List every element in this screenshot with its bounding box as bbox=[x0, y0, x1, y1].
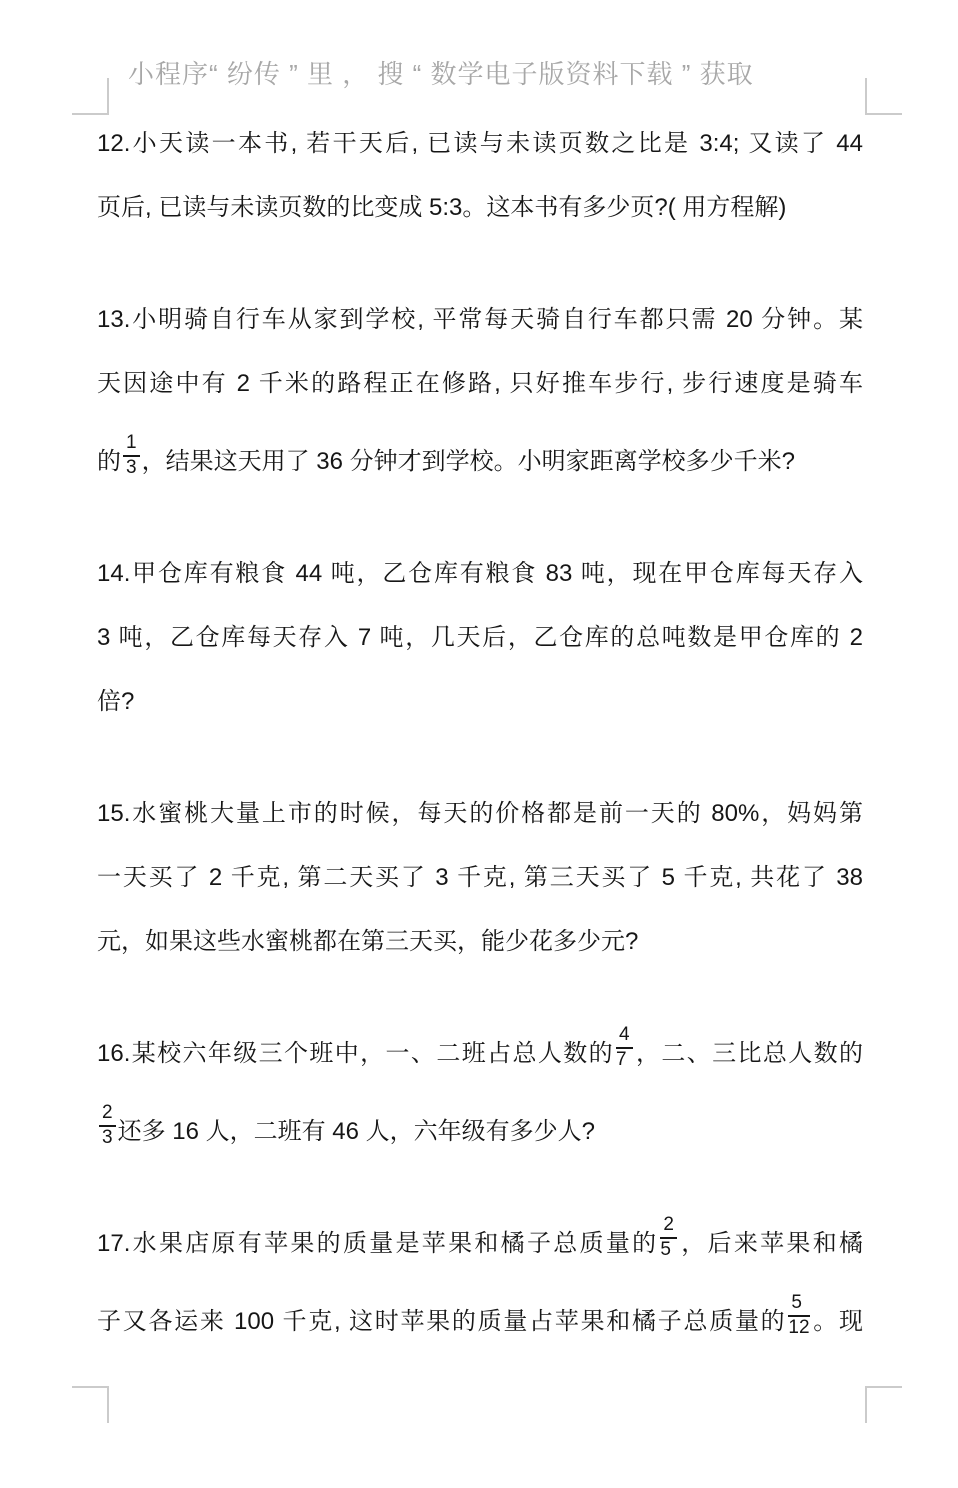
fraction-denominator: 7 bbox=[616, 1049, 633, 1071]
text-run: 12.小天读一本书, 若干天后, 已读与未读页数之比是 3:4; 又读了 44 bbox=[97, 130, 863, 157]
text-run: 天因途中有 2 千米的路程正在修路, 只好推车步行, 步行速度是骑车 bbox=[97, 370, 863, 397]
problem-line: 子又各运来 100 千克, 这时苹果的质量占苹果和橘子总质量的512。现 bbox=[97, 1290, 863, 1354]
fraction: 13 bbox=[121, 433, 142, 478]
problem-15: 15.水蜜桃大量上市的时候，每天的价格都是前一天的 80%，妈妈第一天买了 2 … bbox=[97, 782, 863, 974]
fraction-numerator: 5 bbox=[788, 1293, 809, 1317]
fraction: 25 bbox=[658, 1215, 679, 1260]
fraction-numerator: 2 bbox=[660, 1215, 677, 1239]
problem-16: 16.某校六年级三个班中，一、二班占总人数的47，二、三比总人数的23还多 16… bbox=[97, 1022, 863, 1164]
crop-mark-top-left bbox=[72, 78, 109, 115]
fraction-denominator: 12 bbox=[788, 1317, 809, 1339]
text-run: 子又各运来 100 千克, 这时苹果的质量占苹果和橘子总质量的 bbox=[97, 1308, 786, 1335]
fraction-denominator: 3 bbox=[123, 457, 140, 479]
text-run: 。现 bbox=[812, 1308, 863, 1335]
problem-line: 14.甲仓库有粮食 44 吨，乙仓库有粮食 83 吨，现在甲仓库每天存入 bbox=[97, 542, 863, 606]
problem-line: 16.某校六年级三个班中，一、二班占总人数的47，二、三比总人数的 bbox=[97, 1022, 863, 1086]
fraction-denominator: 3 bbox=[99, 1127, 116, 1149]
problem-line: 页后, 已读与未读页数的比变成 5:3。这本书有多少页?( 用方程解) bbox=[97, 176, 863, 240]
text-run: 倍? bbox=[97, 688, 134, 715]
text-run: ，后来苹果和橘 bbox=[679, 1230, 863, 1257]
fraction: 47 bbox=[614, 1025, 635, 1070]
fraction-numerator: 2 bbox=[99, 1103, 116, 1127]
text-run: 页后, 已读与未读页数的比变成 5:3。这本书有多少页?( 用方程解) bbox=[97, 194, 786, 221]
text-run: 13.小明骑自行车从家到学校, 平常每天骑自行车都只需 20 分钟。某 bbox=[97, 306, 863, 333]
text-run: 一天买了 2 千克, 第二天买了 3 千克, 第三天买了 5 千克, 共花了 3… bbox=[97, 864, 863, 891]
problem-13: 13.小明骑自行车从家到学校, 平常每天骑自行车都只需 20 分钟。某天因途中有… bbox=[97, 288, 863, 494]
worksheet-page: 小程序“ 纷传 ” 里 ， 搜 “ 数学电子版资料下载 ” 获取 12.小天读一… bbox=[0, 0, 958, 1488]
fraction: 23 bbox=[97, 1103, 118, 1148]
header-note: 小程序“ 纷传 ” 里 ， 搜 “ 数学电子版资料下载 ” 获取 bbox=[128, 54, 754, 91]
text-run: 的 bbox=[97, 448, 121, 475]
text-run: ，二、三比总人数的 bbox=[635, 1040, 863, 1067]
fraction-denominator: 5 bbox=[660, 1239, 677, 1261]
text-run: ，结果这天用了 36 分钟才到学校。小明家距离学校多少千米? bbox=[142, 448, 795, 475]
text-run: 还多 16 人，二班有 46 人，六年级有多少人? bbox=[118, 1118, 595, 1145]
crop-mark-bottom-left bbox=[72, 1386, 109, 1423]
fraction: 512 bbox=[786, 1293, 811, 1338]
problem-line: 的13，结果这天用了 36 分钟才到学校。小明家距离学校多少千米? bbox=[97, 430, 863, 494]
problem-line: 3 吨，乙仓库每天存入 7 吨，几天后，乙仓库的总吨数是甲仓库的 2 bbox=[97, 606, 863, 670]
problem-17: 17.水果店原有苹果的质量是苹果和橘子总质量的25，后来苹果和橘子又各运来 10… bbox=[97, 1212, 863, 1354]
fraction-numerator: 1 bbox=[123, 433, 140, 457]
problem-line: 23还多 16 人，二班有 46 人，六年级有多少人? bbox=[97, 1100, 863, 1164]
text-run: 17.水果店原有苹果的质量是苹果和橘子总质量的 bbox=[97, 1230, 658, 1257]
problem-line: 倍? bbox=[97, 670, 863, 734]
problem-line: 元，如果这些水蜜桃都在第三天买，能少花多少元? bbox=[97, 910, 863, 974]
problem-14: 14.甲仓库有粮食 44 吨，乙仓库有粮食 83 吨，现在甲仓库每天存入3 吨，… bbox=[97, 542, 863, 734]
problem-line: 天因途中有 2 千米的路程正在修路, 只好推车步行, 步行速度是骑车 bbox=[97, 352, 863, 416]
crop-mark-bottom-right bbox=[865, 1386, 902, 1423]
problem-line: 13.小明骑自行车从家到学校, 平常每天骑自行车都只需 20 分钟。某 bbox=[97, 288, 863, 352]
text-run: 3 吨，乙仓库每天存入 7 吨，几天后，乙仓库的总吨数是甲仓库的 2 bbox=[97, 624, 863, 651]
crop-mark-top-right bbox=[865, 78, 902, 115]
problem-12: 12.小天读一本书, 若干天后, 已读与未读页数之比是 3:4; 又读了 44页… bbox=[97, 112, 863, 240]
text-run: 15.水蜜桃大量上市的时候，每天的价格都是前一天的 80%，妈妈第 bbox=[97, 800, 863, 827]
text-run: 16.某校六年级三个班中，一、二班占总人数的 bbox=[97, 1040, 614, 1067]
text-run: 14.甲仓库有粮食 44 吨，乙仓库有粮食 83 吨，现在甲仓库每天存入 bbox=[97, 560, 863, 587]
problem-line: 17.水果店原有苹果的质量是苹果和橘子总质量的25，后来苹果和橘 bbox=[97, 1212, 863, 1276]
problems: 12.小天读一本书, 若干天后, 已读与未读页数之比是 3:4; 又读了 44页… bbox=[97, 112, 863, 1354]
problem-line: 15.水蜜桃大量上市的时候，每天的价格都是前一天的 80%，妈妈第 bbox=[97, 782, 863, 846]
text-run: 元，如果这些水蜜桃都在第三天买，能少花多少元? bbox=[97, 928, 638, 955]
problem-line: 12.小天读一本书, 若干天后, 已读与未读页数之比是 3:4; 又读了 44 bbox=[97, 112, 863, 176]
problem-line: 一天买了 2 千克, 第二天买了 3 千克, 第三天买了 5 千克, 共花了 3… bbox=[97, 846, 863, 910]
fraction-numerator: 4 bbox=[616, 1025, 633, 1049]
